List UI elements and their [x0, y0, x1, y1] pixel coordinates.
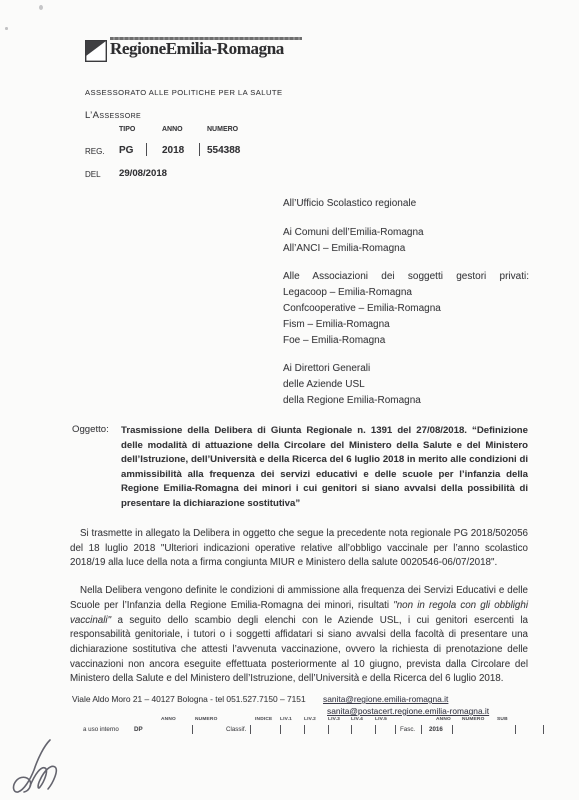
field-separator — [515, 725, 516, 734]
subject-text: Trasmissione della Delibera di Giunta Re… — [121, 424, 528, 512]
paragraph2-text: a seguito dello scambio degli elenchi co… — [70, 615, 528, 685]
strip-header-indice: INDICE — [255, 717, 272, 722]
field-separator — [543, 725, 544, 734]
handwritten-initials — [4, 736, 82, 800]
strip-header-liv1: LIV.1 — [280, 717, 292, 722]
recipient-group: Ai Comuni dell’Emilia-Romagna All’ANCI –… — [283, 225, 529, 257]
reg-col-anno: ANNO — [162, 126, 183, 133]
strip-uso-interno: a uso interno — [83, 726, 119, 733]
reg-separator — [146, 143, 147, 156]
strip-anno2-value: 2016 — [429, 726, 443, 733]
strip-header-liv3: LIV.3 — [328, 717, 340, 722]
recipient-group: Ai Direttori Generali delle Aziende USL … — [283, 361, 529, 408]
body-paragraph-2: Nella Delibera vengono definite le condi… — [70, 584, 528, 687]
field-separator — [421, 725, 422, 734]
department-line: ASSESSORATO ALLE POLITICHE PER LA SALUTE — [85, 88, 283, 97]
reg-col-tipo: TIPO — [119, 126, 135, 133]
field-separator — [280, 725, 281, 734]
email-link-sanita-pec[interactable]: sanita@postacert.regione.emilia-romagna.… — [327, 705, 489, 717]
org-name: RegioneEmilia-Romagna — [110, 39, 284, 59]
field-separator — [250, 725, 251, 734]
recipient-line: Confcooperative – Emilia-Romagna — [283, 301, 529, 317]
field-separator — [395, 725, 396, 734]
strip-header-liv5: LIV.5 — [375, 717, 387, 722]
del-label: DEL — [85, 170, 101, 179]
strip-fasc: Fasc. — [400, 726, 415, 733]
field-separator — [351, 725, 352, 734]
field-separator — [304, 725, 305, 734]
email-link-sanita[interactable]: sanita@regione.emilia-romagna.it — [323, 693, 489, 705]
sender-role: L’Assessore — [85, 110, 141, 121]
field-separator — [452, 725, 453, 734]
field-separator — [375, 725, 376, 734]
strip-header-sub: SUB — [497, 717, 508, 722]
body-paragraph-1: Si trasmette in allegato la Delibera in … — [70, 527, 528, 571]
strip-dp: DP — [134, 726, 143, 733]
scan-artifact — [39, 5, 43, 10]
region-logo-icon — [85, 40, 107, 67]
recipient-line: delle Aziende USL — [283, 377, 529, 393]
reg-anno-value: 2018 — [162, 145, 184, 156]
subject-label: Oggetto: — [72, 424, 109, 435]
strip-header-anno: ANNO — [161, 717, 176, 722]
recipient-line: Alle Associazioni dei soggetti gestori p… — [283, 269, 529, 285]
recipient-line: Legacoop – Emilia-Romagna — [283, 285, 529, 301]
field-separator — [192, 725, 193, 734]
strip-header-anno2: ANNO — [436, 717, 451, 722]
reg-separator — [199, 143, 200, 156]
recipient-line: Foe – Emilia-Romagna — [283, 333, 529, 349]
recipients-block: All’Ufficio Scolastico regionale Ai Comu… — [283, 196, 529, 422]
recipient-line: Fism – Emilia-Romagna — [283, 317, 529, 333]
reg-numero-value: 554388 — [207, 145, 240, 156]
recipient-line: Ai Direttori Generali — [283, 361, 529, 377]
scan-artifact — [5, 27, 8, 30]
field-separator — [328, 725, 329, 734]
letter-body: Si trasmette in allegato la Delibera in … — [70, 527, 528, 700]
footer-emails: sanita@regione.emilia-romagna.it sanita@… — [323, 693, 489, 717]
strip-header-numero: NUMERO — [195, 717, 218, 722]
strip-header-liv4: LIV.4 — [351, 717, 363, 722]
reg-tipo-value: PG — [119, 145, 133, 156]
recipient-line: della Regione Emilia-Romagna — [283, 393, 529, 409]
recipient-line: All’Ufficio Scolastico regionale — [283, 196, 529, 212]
recipient-group: Alle Associazioni dei soggetti gestori p… — [283, 269, 529, 348]
scanned-letter-page: RegioneEmilia-Romagna ASSESSORATO ALLE P… — [0, 0, 579, 800]
recipient-group: All’Ufficio Scolastico regionale — [283, 196, 529, 212]
footer-address: Viale Aldo Moro 21 – 40127 Bologna - tel… — [72, 694, 306, 704]
recipient-line: Ai Comuni dell’Emilia-Romagna — [283, 225, 529, 241]
reg-col-numero: NUMERO — [207, 126, 238, 133]
strip-header-liv2: LIV.2 — [304, 717, 316, 722]
recipient-line: All’ANCI – Emilia-Romagna — [283, 241, 529, 257]
strip-header-numero2: NUMERO — [462, 717, 485, 722]
reg-label: REG. — [85, 147, 105, 156]
strip-classif: Classif. — [226, 726, 246, 733]
reg-date-value: 29/08/2018 — [119, 168, 167, 179]
